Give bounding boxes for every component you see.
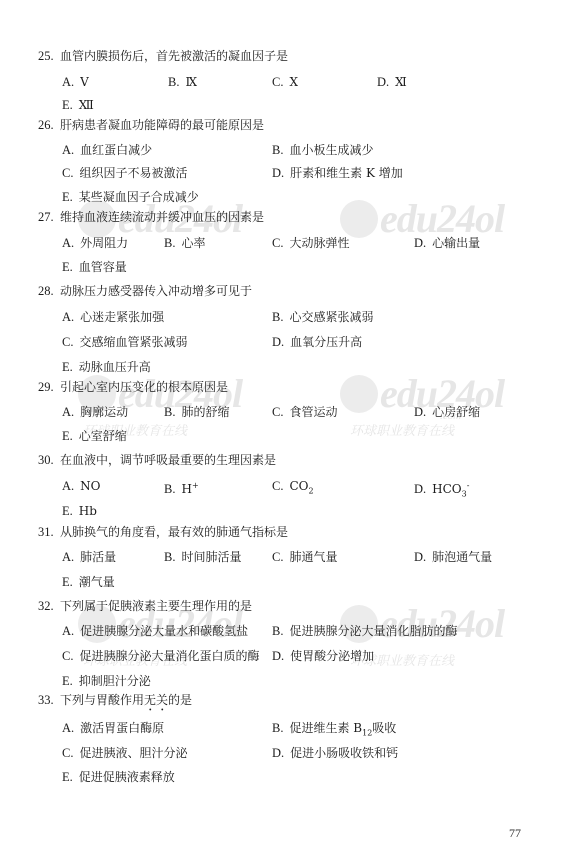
q33-option-a: A.激活胃蛋白酶原 — [62, 720, 164, 736]
q33-option-d: D.促进小肠吸收铁和钙 — [272, 745, 398, 761]
question-28: 28.动脉压力感受器传入冲动增多可见于 — [38, 283, 252, 299]
q25-option-e: E.Ⅻ — [62, 97, 94, 113]
q29-option-d: D.心房舒缩 — [414, 404, 480, 420]
question-33: 33.下列与胃酸作用无关的是 — [38, 692, 192, 714]
q30-option-d: D.HCO3- — [414, 478, 469, 502]
q29-option-a: A.胸廓运动 — [62, 404, 128, 420]
q26-option-c: C.组织因子不易被激活 — [62, 165, 187, 181]
emphasized-word: 无关 — [144, 693, 168, 707]
q31-option-d: D.肺泡通气量 — [414, 549, 492, 565]
question-27: 27.维持血液连续流动并缓冲血压的因素是 — [38, 209, 264, 225]
q30-option-a: A.NO — [62, 478, 101, 494]
q29-option-c: C.食管运动 — [272, 404, 337, 420]
q25-option-a: A.Ⅴ — [62, 74, 89, 90]
q28-option-c: C.交感缩血管紧张减弱 — [62, 334, 187, 350]
q26-option-a: A.血红蛋白减少 — [62, 142, 152, 158]
q27-option-b: B.心率 — [164, 235, 205, 251]
q27-option-c: C.大动脉弹性 — [272, 235, 349, 251]
question-32: 32.下列属于促胰液素主要生理作用的是 — [38, 598, 252, 614]
q30-option-b: B.H+ — [164, 478, 199, 497]
q26-option-b: B.血小板生成减少 — [272, 142, 373, 158]
q32-option-d: D.使胃酸分泌增加 — [272, 648, 374, 664]
q31-option-b: B.时间肺活量 — [164, 549, 241, 565]
q32-option-a: A.促进胰腺分泌大量水和碳酸氢盐 — [62, 623, 248, 639]
q33-option-c: C.促进胰液、胆汁分泌 — [62, 745, 187, 761]
q31-option-c: C.肺通气量 — [272, 549, 337, 565]
q27-option-a: A.外周阻力 — [62, 235, 128, 251]
q33-option-e: E.促进促胰液素释放 — [62, 769, 175, 785]
exam-page: edu24ol edu24ol .com edu24ol 环球职业教育在线 ed… — [0, 0, 580, 855]
q31-option-e: E.潮气量 — [62, 574, 115, 590]
page-number: 77 — [509, 826, 521, 841]
q33-option-b: B.促进维生素 B12吸收 — [272, 720, 396, 741]
q32-option-c: C.促进胰腺分泌大量消化蛋白质的酶 — [62, 648, 259, 664]
q27-option-d: D.心输出量 — [414, 235, 480, 251]
q25-option-c: C.Ⅹ — [272, 74, 298, 90]
q29-option-e: E.心室舒缩 — [62, 428, 127, 444]
question-30: 30.在血液中，调节呼吸最重要的生理因素是 — [38, 452, 276, 468]
q28-option-e: E.动脉血压升高 — [62, 359, 151, 375]
q29-option-b: B.肺的舒缩 — [164, 404, 229, 420]
q25-option-d: D.Ⅺ — [377, 74, 407, 90]
q28-option-a: A.心迷走紧张加强 — [62, 309, 164, 325]
q27-option-e: E.血管容量 — [62, 259, 127, 275]
q32-option-e: E.抑制胆汁分泌 — [62, 673, 151, 689]
question-29: 29.引起心室内压变化的根本原因是 — [38, 379, 228, 395]
q32-option-b: B.促进胰腺分泌大量消化脂肪的酶 — [272, 623, 457, 639]
q26-option-e: E.某些凝血因子合成减少 — [62, 189, 199, 205]
q28-option-b: B.心交感紧张减弱 — [272, 309, 373, 325]
question-31: 31.从肺换气的角度看，最有效的肺通气指标是 — [38, 524, 288, 540]
q26-option-d: D.肝素和维生素 K 增加 — [272, 165, 403, 181]
question-26: 26.肝病患者凝血功能障碍的最可能原因是 — [38, 117, 264, 133]
q28-option-d: D.血氧分压升高 — [272, 334, 362, 350]
q25-option-b: B.Ⅸ — [168, 74, 197, 90]
question-25: 25.血管内膜损伤后，首先被激活的凝血因子是 — [38, 48, 288, 64]
q30-option-c: C.CO2 — [272, 478, 314, 499]
q31-option-a: A.肺活量 — [62, 549, 116, 565]
q30-option-e: E.Hb — [62, 503, 97, 519]
